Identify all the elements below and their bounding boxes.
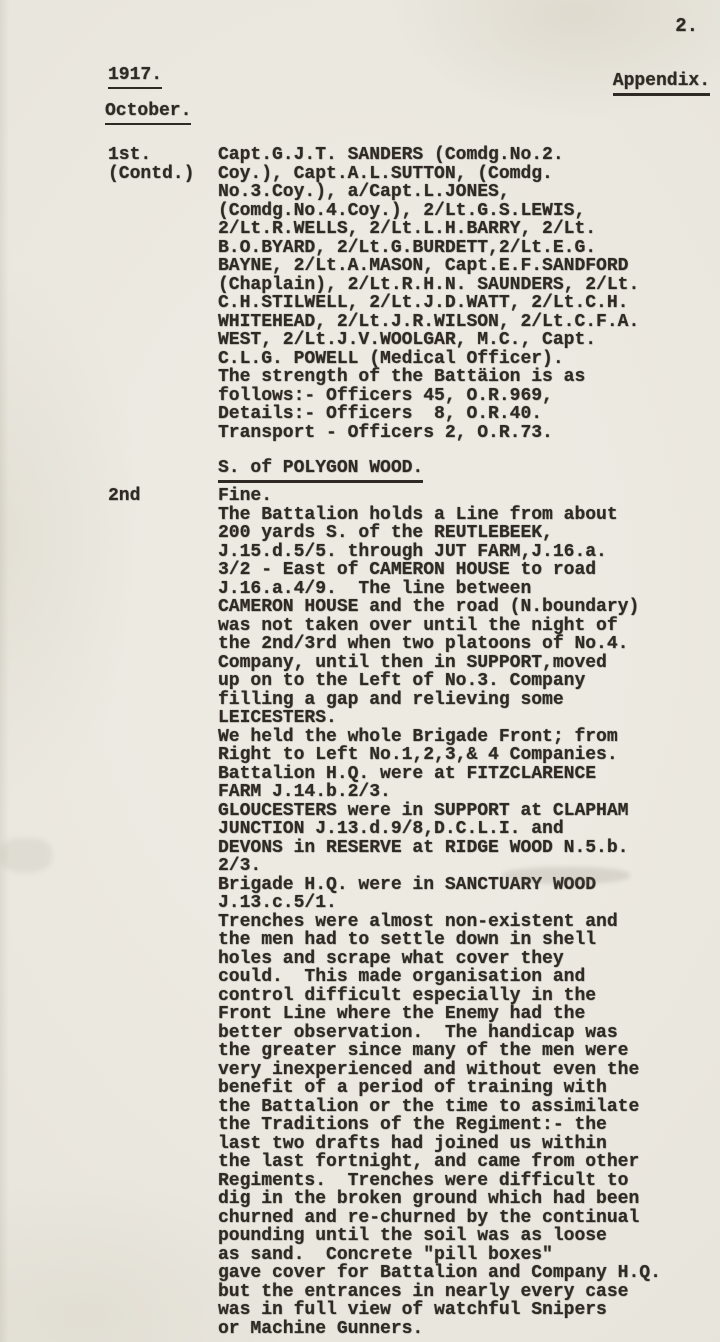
text-line: as sand. Concrete "pill boxes" (218, 1246, 661, 1265)
text-line: Battalion H.Q. were at FITZCLARENCE (218, 765, 661, 784)
text-line: FARM J.14.b.2/3. (218, 783, 661, 802)
text-line: Capt.G.J.T. SANDERS (Comdg.No.2. (218, 146, 639, 165)
date-label-line: (Contd.) (108, 165, 218, 184)
text-line: Regiments. Trenches were difficult to (218, 1172, 661, 1191)
text-line: Fine. (218, 487, 661, 506)
appendix-heading: Appendix. (613, 71, 710, 96)
entry-body: Fine.The Battalion holds a Line from abo… (218, 487, 661, 1338)
text-line: but the entrances in nearly every case (218, 1283, 661, 1302)
text-line: Coy.), Capt.A.L.SUTTON, (Comdg. (218, 165, 639, 184)
text-line: control difficult especially in the (218, 987, 661, 1006)
diary-entry: 2ndFine.The Battalion holds a Line from … (108, 487, 661, 1338)
year-heading: 1917. (108, 65, 162, 89)
text-line: WEST, 2/Lt.J.V.WOOLGAR, M.C., Capt. (218, 331, 639, 350)
diary-entry: 1st.(Contd.)Capt.G.J.T. SANDERS (Comdg.N… (108, 146, 661, 442)
section-heading: S. of POLYGON WOOD. (218, 458, 661, 478)
text-line: J.16.a.4/9. The line between (218, 580, 661, 599)
text-line: dig in the broken ground which had been (218, 1190, 661, 1209)
text-line: Details:- Officers 8, O.R.40. (218, 405, 639, 424)
text-line: up on to the Left of No.3. Company (218, 672, 661, 691)
text-line: the Battalion or the time to assimilate (218, 1098, 661, 1117)
text-line: Company, until then in SUPPORT,moved (218, 654, 661, 673)
month-heading: October. (105, 101, 191, 125)
text-line: 2/Lt.R.WELLS, 2/Lt.L.H.BARRY, 2/Lt. (218, 220, 639, 239)
text-line: holes and scrape what cover they (218, 950, 661, 969)
text-line: Brigade H.Q. were in SANCTUARY WOOD (218, 876, 661, 895)
text-line: the 2nd/3rd when two platoons of No.4. (218, 635, 661, 654)
text-line: the men had to settle down in shell (218, 931, 661, 950)
text-line: J.13.c.5/1. (218, 894, 661, 913)
text-line: GLOUCESTERS were in SUPPORT at CLAPHAM (218, 802, 661, 821)
paper-stain (0, 838, 52, 872)
text-line: the Traditions of the Regiment:- the (218, 1116, 661, 1135)
text-line: BAYNE, 2/Lt.A.MASON, Capt.E.F.SANDFORD (218, 257, 639, 276)
text-line: (Chaplain), 2/Lt.R.H.N. SAUNDERS, 2/Lt. (218, 276, 639, 295)
date-label-line: 1st. (108, 146, 218, 165)
entry-date-label: 1st.(Contd.) (108, 146, 218, 183)
text-line: 200 yards S. of the REUTLEBEEK, (218, 524, 661, 543)
text-line: very inexperienced and without even the (218, 1061, 661, 1080)
text-line: benefit of a period of training with (218, 1079, 661, 1098)
text-line: CAMERON HOUSE and the road (N.boundary) (218, 598, 661, 617)
text-line: C.L.G. POWELL (Medical Officer). (218, 350, 639, 369)
text-line: JUNCTION J.13.d.9/8,D.C.L.I. and (218, 820, 661, 839)
text-line: filling a gap and relieving some (218, 691, 661, 710)
text-line: (Comdg.No.4.Coy.), 2/Lt.G.S.LEWIS, (218, 202, 639, 221)
entry-date-label: 2nd (108, 487, 218, 506)
text-line: J.15.d.5/5. through JUT FARM,J.16.a. (218, 543, 661, 562)
text-line: We held the whole Brigade Front; from (218, 728, 661, 747)
text-line: Trenches were almost non-existent and (218, 913, 661, 932)
page-number: 2. (675, 15, 698, 37)
text-line: could. This made organisation and (218, 968, 661, 987)
text-line: WHITEHEAD, 2/Lt.J.R.WILSON, 2/Lt.C.F.A. (218, 313, 639, 332)
text-line: C.H.STILWELL, 2/Lt.J.D.WATT, 2/Lt.C.H. (218, 294, 639, 313)
diary-entries: 1st.(Contd.)Capt.G.J.T. SANDERS (Comdg.N… (108, 146, 661, 1338)
text-line: The strength of the Battäion is as (218, 368, 639, 387)
text-line: Right to Left No.1,2,3,& 4 Companies. (218, 746, 661, 765)
text-line: Transport - Officers 2, O.R.73. (218, 424, 639, 443)
text-line: better observation. The handicap was (218, 1024, 661, 1043)
text-line: DEVONS in RESERVE at RIDGE WOOD N.5.b. (218, 839, 661, 858)
entry-body: Capt.G.J.T. SANDERS (Comdg.No.2.Coy.), C… (218, 146, 639, 442)
text-line: follows:- Officers 45, O.R.969, (218, 387, 639, 406)
text-line: gave cover for Battalion and Company H.Q… (218, 1264, 661, 1283)
text-line: churned and re-churned by the continual (218, 1209, 661, 1228)
text-line: pounding until the soil was as loose (218, 1227, 661, 1246)
war-diary-page: 2. 1917. Appendix. October. 1st.(Contd.)… (0, 0, 720, 1342)
text-line: the greater since many of the men were (218, 1042, 661, 1061)
text-line: was in full view of watchful Snipers (218, 1301, 661, 1320)
section-heading-text: S. of POLYGON WOOD. (218, 458, 423, 483)
text-line: or Machine Gunners. (218, 1320, 661, 1339)
text-line: the last fortnight, and came from other (218, 1153, 661, 1172)
text-line: 2/3. (218, 857, 661, 876)
text-line: Front Line where the Enemy had the (218, 1005, 661, 1024)
text-line: No.3.Coy.), a/Capt.L.JONES, (218, 183, 639, 202)
text-line: The Battalion holds a Line from about (218, 506, 661, 525)
text-line: last two drafts had joined us within (218, 1135, 661, 1154)
date-label-line: 2nd (108, 487, 218, 506)
text-line: B.O.BYARD, 2/Lt.G.BURDETT,2/Lt.E.G. (218, 239, 639, 258)
text-line: LEICESTERS. (218, 709, 661, 728)
text-line: 3/2 - East of CAMERON HOUSE to road (218, 561, 661, 580)
text-line: was not taken over until the night of (218, 617, 661, 636)
